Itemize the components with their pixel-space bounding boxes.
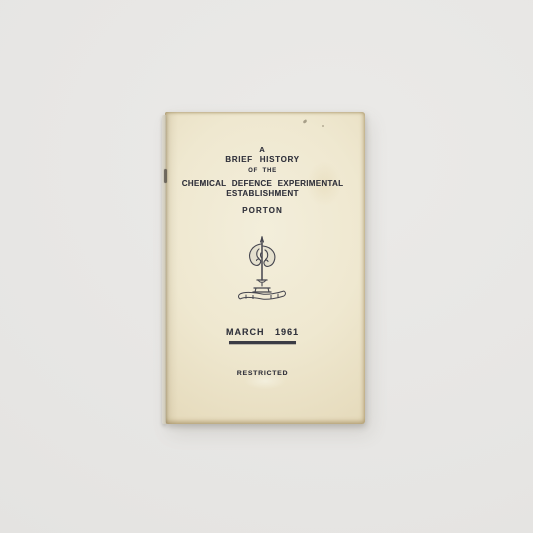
place-name: PORTON — [165, 206, 360, 215]
photo-background: A BRIEF HISTORY OF THE CHEMICAL DEFENCE … — [0, 0, 533, 533]
title-line-chemical-defence-experimental: CHEMICAL DEFENCE EXPERIMENTAL — [165, 179, 360, 188]
foxing-speck — [322, 125, 324, 127]
foxing-speck — [303, 119, 308, 123]
flaming-sword-emblem-icon — [235, 235, 289, 303]
title-line-of-the: OF THE — [165, 168, 360, 174]
title-line-brief-history: BRIEF HISTORY — [165, 155, 360, 164]
classification-text: RESTRICTED — [165, 370, 360, 377]
title-line-establishment: ESTABLISHMENT — [165, 189, 360, 198]
emblem-container — [165, 235, 358, 308]
date-underline — [229, 341, 296, 344]
title-line-a: A — [165, 145, 360, 154]
date-text: MARCH 1961 — [165, 327, 360, 337]
booklet-cover: A BRIEF HISTORY OF THE CHEMICAL DEFENCE … — [165, 112, 365, 424]
